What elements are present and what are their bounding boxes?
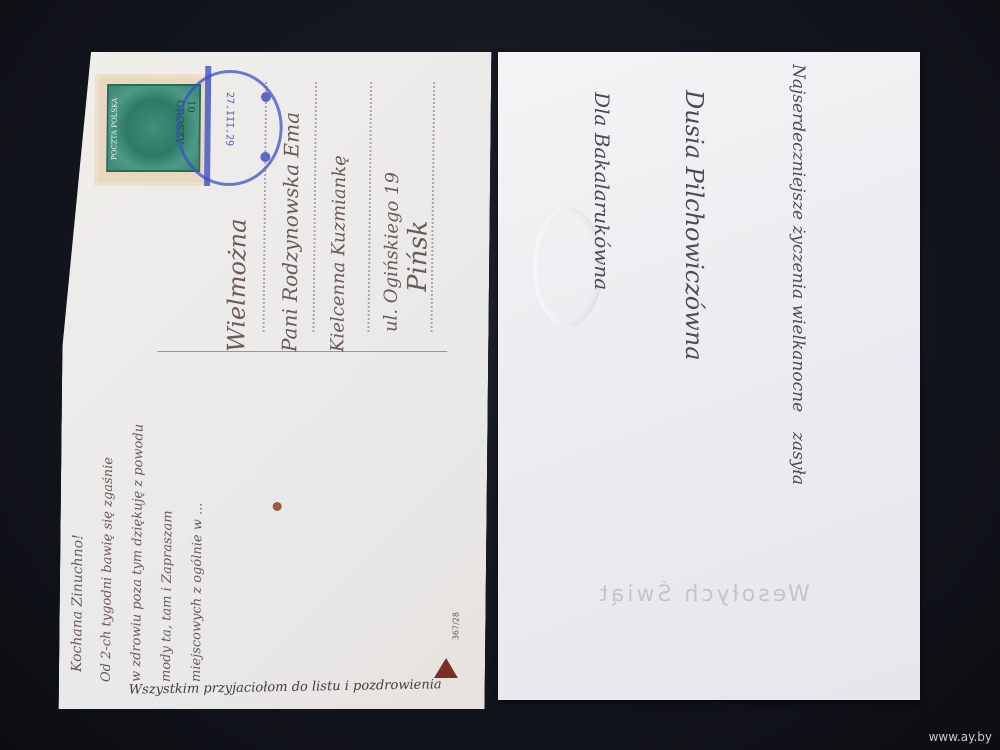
postcard-left: POCZTA POLSKA 10 GROSZY 27.III.29 Wielmo… [59, 52, 492, 709]
publisher-triangle-logo-icon [434, 658, 458, 678]
greeting-line: zasyła [788, 432, 808, 542]
bottom-line: Wszystkim przyjaciołom do listu i pozdro… [129, 677, 442, 697]
message-line: Od 2-ch tygodni bawię się zgaśnie [99, 342, 118, 682]
address-line: Pani Rodzynowska Ema [277, 92, 304, 352]
address-guide-line [368, 82, 373, 332]
watermark: www.ay.by [929, 730, 992, 744]
message-line: Kochana Zinuchno! [69, 412, 88, 672]
address-line: Wielmożna [222, 242, 251, 352]
address-line: Pińsk [403, 192, 434, 292]
greeting-line: Dla Bakalarukówna [590, 92, 614, 372]
postmark-date: 27.III.29 [214, 92, 235, 152]
address-line: ul. Ogińskiego 19 [381, 92, 405, 332]
message-line: mody ta, tam i Zapraszam [159, 342, 178, 682]
message-line: miejscowych z ogólnie w ... [189, 342, 208, 682]
embossed-text: Wesołych Świąt [578, 582, 828, 607]
address-guide-line [313, 82, 318, 332]
ink-stain [273, 502, 282, 511]
message-line: w zdrowiu poza tym dziękuję z powodu [129, 342, 148, 682]
greeting-line: Dusia Pilchowiczówna [680, 90, 708, 410]
postmark-bar [204, 66, 211, 186]
publisher-number: 367/28 [451, 612, 460, 640]
stamp-label: POCZTA POLSKA [110, 94, 123, 164]
address-line: Kielcenna Kuzmiankę [327, 92, 351, 352]
postcard-right: Najserdeczniejsze życzenia wielkanocne z… [498, 52, 920, 700]
